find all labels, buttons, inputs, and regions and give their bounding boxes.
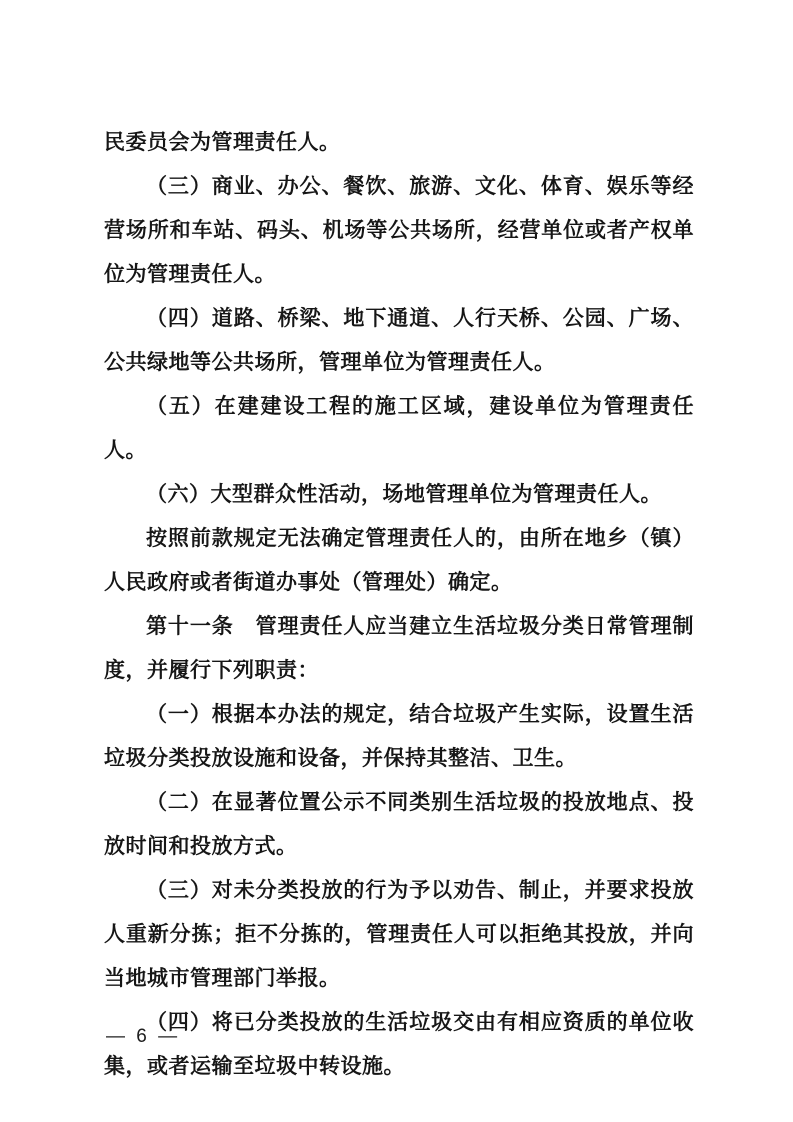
paragraph: （四）将已分类投放的生活垃圾交由有相应资质的单位收集，或者运输至垃圾中转设施。 — [104, 1001, 694, 1089]
page-number: — 6 — — [106, 1026, 180, 1048]
paragraph: 第十一条 管理责任人应当建立生活垃圾分类日常管理制度，并履行下列职责： — [104, 605, 694, 693]
paragraph: （五）在建建设工程的施工区域，建设单位为管理责任人。 — [104, 385, 694, 473]
paragraph: （四）道路、桥梁、地下通道、人行天桥、公园、广场、公共绿地等公共场所，管理单位为… — [104, 297, 694, 385]
document-body: 民委员会为管理责任人。（三）商业、办公、餐饮、旅游、文化、体育、娱乐等经营场所和… — [104, 121, 694, 1089]
paragraph: 民委员会为管理责任人。 — [104, 121, 694, 165]
paragraph: （三）对未分类投放的行为予以劝告、制止，并要求投放人重新分拣；拒不分拣的，管理责… — [104, 869, 694, 1001]
paragraph: 按照前款规定无法确定管理责任人的，由所在地乡（镇）人民政府或者街道办事处（管理处… — [104, 517, 694, 605]
paragraph: （一）根据本办法的规定，结合垃圾产生实际，设置生活垃圾分类投放设施和设备，并保持… — [104, 693, 694, 781]
document-page: 民委员会为管理责任人。（三）商业、办公、餐饮、旅游、文化、体育、娱乐等经营场所和… — [0, 0, 793, 1122]
paragraph: （三）商业、办公、餐饮、旅游、文化、体育、娱乐等经营场所和车站、码头、机场等公共… — [104, 165, 694, 297]
paragraph: （六）大型群众性活动，场地管理单位为管理责任人。 — [104, 473, 694, 517]
paragraph: （二）在显著位置公示不同类别生活垃圾的投放地点、投放时间和投放方式。 — [104, 781, 694, 869]
